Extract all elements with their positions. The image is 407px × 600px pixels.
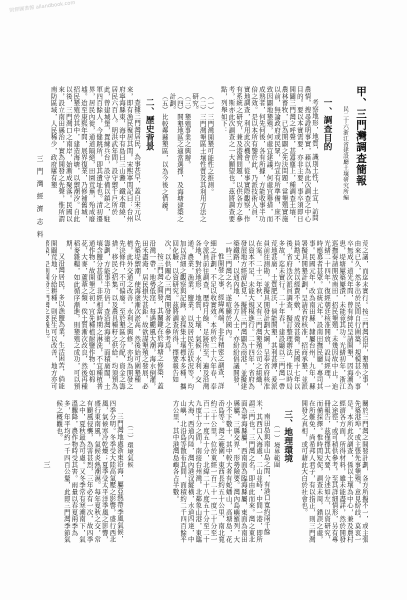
tier-3-text-block: 關於三門灣之開發計劃，各方所擬不一，或主張先築港埠，或主張先事墾殖，意見紛歧，莫…: [46, 400, 368, 543]
running-header: 三門灣經濟志料: [35, 155, 43, 243]
page-number: 三: [43, 461, 51, 468]
report-title: 甲、三門灣調查簡報: [354, 86, 368, 223]
list-item: （二）三門灣墾區土壤性質及其利用方法之研究。: [191, 86, 206, 223]
paragraph: 又沿灣居民，多以漁鹽為業，生活困苦，倘能開闢荒地，分給耕種，則民生可以改善，地方…: [46, 240, 64, 390]
section-body-survey-purpose: 考察地形，地質，識別土性，土宜，訪問農情，搜尋證明事實，藉以為此次調查之中心目的…: [219, 86, 318, 223]
survey-points-list: （一）三門灣開墾可能性之推測。 （二）三門灣墾區土壤性質及其利用方法之研究。 （…: [160, 86, 213, 223]
paragraph: 按三門灣之開發，其關鍵在於海塘之修築，蓋沿灣一帶，地勢低窪，每遇颶風大潮，海水倒…: [64, 240, 163, 390]
subsection-body-boundaries: 南田島與南山島之間，有港口寬約兩千餘米，其西口入海處，二山並峙，中間一港，即所謂…: [171, 400, 270, 543]
subsection-heading-climate: （二）環境氣候: [125, 400, 133, 543]
paragraph: 惟開發之事，經緯萬端，非有精密之調查，詳細之計劃，不足以收實效。本所於二十六年春…: [163, 240, 224, 390]
section-heading-history: 二、歷史背景: [143, 86, 155, 223]
list-item: （一）三門灣開墾可能性之推測。: [206, 86, 214, 223]
section-body-history: 查據三門灣居民，為事甚早，蓋自宋元以來，即有漁民聚居其間。宋熙寧間記曰：台州府寧…: [49, 86, 140, 223]
list-item: （四）開墾地區之適當選擇，及海塘建築之計劃。: [168, 86, 183, 223]
section-heading-survey-purpose: 一、調查目的: [321, 86, 333, 223]
paragraph: 關於三門灣之開發計劃，各方所擬不一，或主張先築港埠，或主張先事墾殖，意見紛歧，莫…: [300, 400, 368, 543]
tier-2-text-block: 荒之議，而迄未實行。按三門灣沿岸，墾殖之事，由來已久，然多出於民間自行圍築，規模…: [46, 240, 368, 390]
watermark: 財經圖書館 allandbook.com: [9, 0, 76, 14]
subsection-body-climate: 三門灣地處浙東沿海，屬亞熱帶季風氣候，四季分明。冬季受大陸高氣壓之影響，盛行西北…: [55, 400, 123, 543]
paragraph: 荒之議，而迄未實行。按三門灣沿岸，墾殖之事，由來已久，然多出於民間自行圍築，規模…: [224, 240, 368, 390]
report-byline: 民二十六浙江省建設廳土壤研究所編: [341, 86, 349, 223]
section-heading-geography: 三、地理環境: [282, 400, 294, 543]
document-page: 財經圖書館 allandbook.com 甲、三門灣調查簡報 民二十六浙江省建設…: [0, 0, 407, 600]
subsection-heading-boundaries: （一）境界範圍: [272, 400, 280, 543]
tier-1-text-block: 甲、三門灣調查簡報 民二十六浙江省建設廳土壤研究所編 一、調查目的 考察地形，地…: [46, 86, 368, 223]
list-item: （五）比較鄰縣墾區，以為今後之借鏡。: [160, 86, 168, 223]
list-item: （三）墾殖事業之興辦。: [183, 86, 191, 223]
